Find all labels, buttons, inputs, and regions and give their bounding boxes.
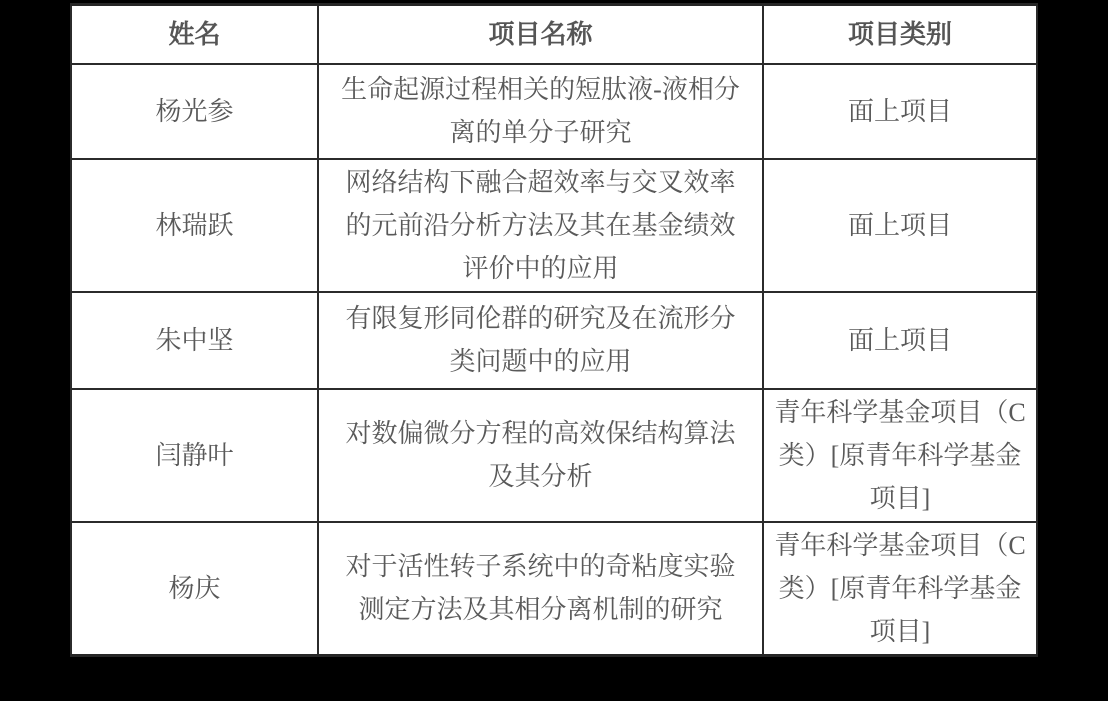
project-cell: 对数偏微分方程的高效保结构算法及其分析 bbox=[318, 389, 763, 522]
name-cell: 闫静叶 bbox=[71, 389, 318, 522]
table-row: 杨光参 生命起源过程相关的短肽液-液相分离的单分子研究 面上项目 bbox=[71, 64, 1037, 159]
category-cell: 面上项目 bbox=[763, 292, 1037, 389]
project-cell: 生命起源过程相关的短肽液-液相分离的单分子研究 bbox=[318, 64, 763, 159]
project-cell: 对于活性转子系统中的奇粘度实验测定方法及其相分离机制的研究 bbox=[318, 522, 763, 656]
category-cell: 青年科学基金项目（C类）[原青年科学基金项目] bbox=[763, 389, 1037, 522]
name-cell: 朱中坚 bbox=[71, 292, 318, 389]
name-cell: 杨庆 bbox=[71, 522, 318, 656]
table-row: 闫静叶 对数偏微分方程的高效保结构算法及其分析 青年科学基金项目（C类）[原青年… bbox=[71, 389, 1037, 522]
name-cell: 杨光参 bbox=[71, 64, 318, 159]
column-header-project: 项目名称 bbox=[318, 5, 763, 64]
column-header-name: 姓名 bbox=[71, 5, 318, 64]
category-cell: 面上项目 bbox=[763, 159, 1037, 292]
table-row: 朱中坚 有限复形同伦群的研究及在流形分类问题中的应用 面上项目 bbox=[71, 292, 1037, 389]
table-row: 杨庆 对于活性转子系统中的奇粘度实验测定方法及其相分离机制的研究 青年科学基金项… bbox=[71, 522, 1037, 656]
category-cell: 青年科学基金项目（C类）[原青年科学基金项目] bbox=[763, 522, 1037, 656]
category-cell: 面上项目 bbox=[763, 64, 1037, 159]
column-header-category: 项目类别 bbox=[763, 5, 1037, 64]
project-cell: 网络结构下融合超效率与交叉效率的元前沿分析方法及其在基金绩效评价中的应用 bbox=[318, 159, 763, 292]
name-cell: 林瑞跃 bbox=[71, 159, 318, 292]
project-cell: 有限复形同伦群的研究及在流形分类问题中的应用 bbox=[318, 292, 763, 389]
table-row: 林瑞跃 网络结构下融合超效率与交叉效率的元前沿分析方法及其在基金绩效评价中的应用… bbox=[71, 159, 1037, 292]
project-table: 姓名 项目名称 项目类别 杨光参 生命起源过程相关的短肽液-液相分离的单分子研究… bbox=[70, 3, 1038, 657]
header-row: 姓名 项目名称 项目类别 bbox=[71, 5, 1037, 64]
